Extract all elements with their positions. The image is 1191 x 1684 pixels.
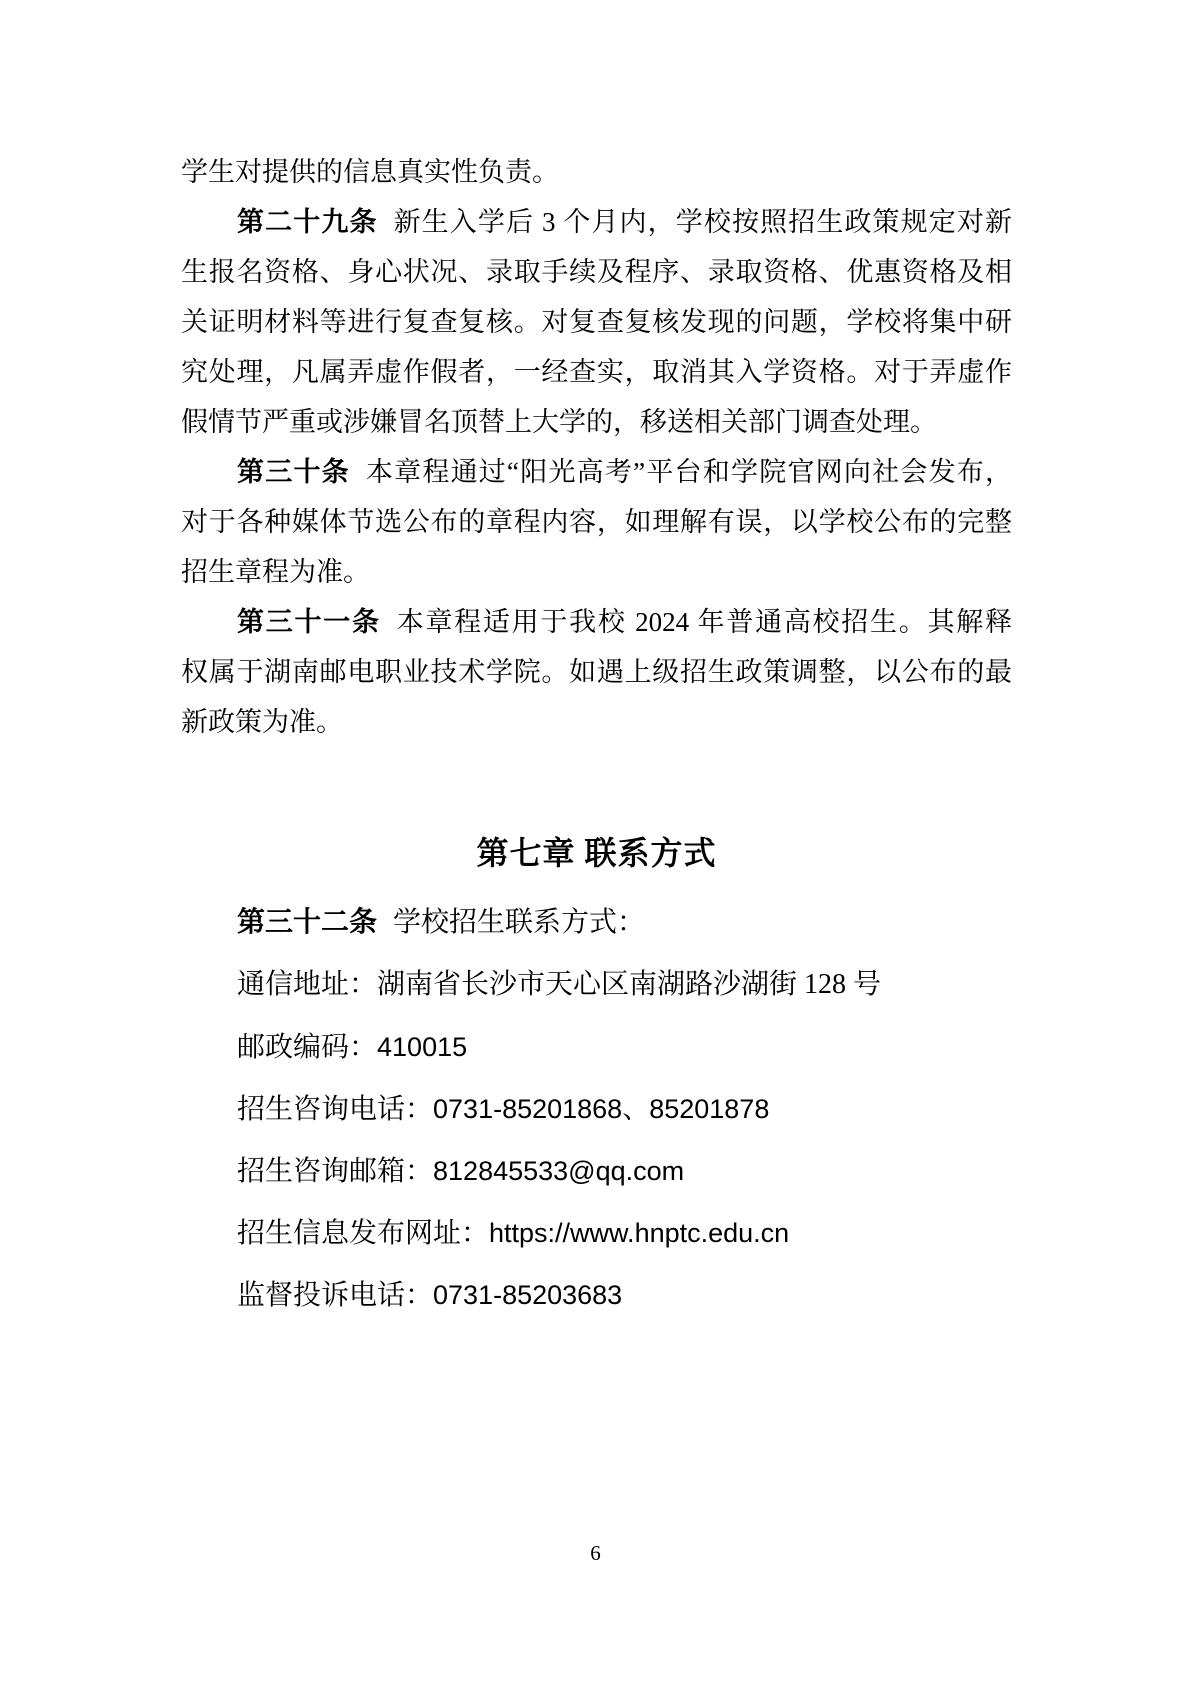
body-line: 第二十九条新生入学后 3 个月内，学校按照招生政策规定对新 <box>181 197 1012 247</box>
body-line-text: 假情节严重或涉嫌冒名顶替上大学的，移送相关部门调查处理。 <box>181 407 937 437</box>
body-line: 关证明材料等进行复查复核。对复查复核发现的问题，学校将集中研 <box>181 297 1012 347</box>
contact-value: https://www.hnptc.edu.cn <box>489 1218 789 1248</box>
body-line: 生报名资格、身心状况、录取手续及程序、录取资格、优惠资格及相 <box>181 247 1012 297</box>
body-line-text: 本章程通过“阳光高考”平台和学院官网向社会发布， <box>366 457 1012 487</box>
body-line: 对于各种媒体节选公布的章程内容，如理解有误，以学校公布的完整 <box>181 497 1012 547</box>
contact-label: 邮政编码： <box>237 1032 377 1063</box>
contact-intro-text: 学校招生联系方式： <box>393 907 645 938</box>
body-line: 学生对提供的信息真实性负责。 <box>181 147 1012 197</box>
contact-line: 招生咨询邮箱：812845533@qq.com <box>181 1140 1012 1202</box>
body-line: 第三十条本章程通过“阳光高考”平台和学院官网向社会发布， <box>181 447 1012 497</box>
body-line-text: 新政策为准。 <box>181 707 343 737</box>
body-line-text: 新生入学后 3 个月内，学校按照招生政策规定对新 <box>394 207 1012 237</box>
contact-line: 通信地址：湖南省长沙市天心区南湖路沙湖街 128 号 <box>181 954 1012 1016</box>
document-content: 学生对提供的信息真实性负责。 第二十九条新生入学后 3 个月内，学校按照招生政策… <box>181 147 1012 1326</box>
contact-label: 监督投诉电话： <box>237 1280 433 1311</box>
contact-line: 监督投诉电话：0731-85203683 <box>181 1264 1012 1326</box>
contact-value: 812845533@qq.com <box>433 1156 684 1186</box>
body-line-text: 招生章程为准。 <box>181 557 370 587</box>
contact-line: 邮政编码：410015 <box>181 1016 1012 1078</box>
statute-number-label: 第三十一条 <box>237 607 381 637</box>
contact-label: 通信地址： <box>237 969 377 1000</box>
chapter-heading: 第七章 联系方式 <box>181 828 1012 878</box>
document-page: 学生对提供的信息真实性负责。 第二十九条新生入学后 3 个月内，学校按照招生政策… <box>0 0 1191 1684</box>
body-line: 权属于湖南邮电职业技术学院。如遇上级招生政策调整，以公布的最 <box>181 647 1012 697</box>
contact-line: 招生信息发布网址：https://www.hnptc.edu.cn <box>181 1202 1012 1264</box>
contact-value: 0731-85201868、85201878 <box>433 1094 769 1124</box>
contact-value: 0731-85203683 <box>433 1280 622 1310</box>
contact-label: 招生咨询电话： <box>237 1094 433 1125</box>
contact-label: 招生信息发布网址： <box>237 1218 489 1249</box>
body-line-text: 学生对提供的信息真实性负责。 <box>181 157 559 187</box>
contact-label: 招生咨询邮箱： <box>237 1156 433 1187</box>
body-line: 招生章程为准。 <box>181 547 1012 597</box>
contact-value: 湖南省长沙市天心区南湖路沙湖街 128 号 <box>377 969 881 1000</box>
contact-line: 招生咨询电话：0731-85201868、85201878 <box>181 1078 1012 1140</box>
body-line-text: 究处理，凡属弄虚作假者，一经查实，取消其入学资格。对于弄虚作 <box>181 357 1012 387</box>
body-line-text: 权属于湖南邮电职业技术学院。如遇上级招生政策调整，以公布的最 <box>181 657 1012 687</box>
body-line: 假情节严重或涉嫌冒名顶替上大学的，移送相关部门调查处理。 <box>181 397 1012 447</box>
body-line-text: 本章程适用于我校 2024 年普通高校招生。其解释 <box>397 607 1012 637</box>
body-line-text: 生报名资格、身心状况、录取手续及程序、录取资格、优惠资格及相 <box>181 257 1012 287</box>
statute-number-label: 第三十二条 <box>237 907 377 938</box>
body-line: 究处理，凡属弄虚作假者，一经查实，取消其入学资格。对于弄虚作 <box>181 347 1012 397</box>
contact-section: 第三十二条学校招生联系方式： 通信地址：湖南省长沙市天心区南湖路沙湖街 128 … <box>181 892 1012 1326</box>
body-line: 第三十一条本章程适用于我校 2024 年普通高校招生。其解释 <box>181 597 1012 647</box>
statute-number-label: 第二十九条 <box>237 207 378 237</box>
page-number: 6 <box>0 1538 1191 1568</box>
contact-intro-line: 第三十二条学校招生联系方式： <box>181 892 1012 954</box>
body-line: 新政策为准。 <box>181 697 1012 747</box>
statute-number-label: 第三十条 <box>237 457 350 487</box>
contact-value: 410015 <box>377 1032 467 1062</box>
body-line-text: 关证明材料等进行复查复核。对复查复核发现的问题，学校将集中研 <box>181 307 1012 337</box>
body-line-text: 对于各种媒体节选公布的章程内容，如理解有误，以学校公布的完整 <box>181 507 1012 537</box>
